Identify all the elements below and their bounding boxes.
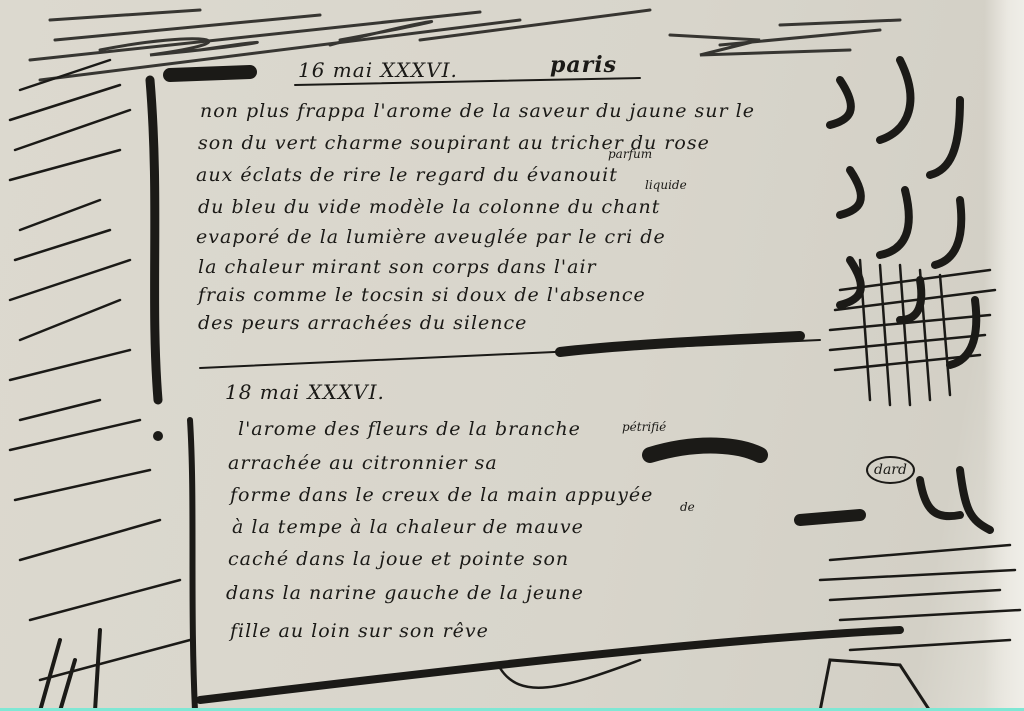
entry1-line-1: non plus frappa l'arome de la saveur du … [200,100,755,122]
entry1-line-3: aux éclats de rire le regard du évanouit [196,164,618,186]
entry1-line-4: du bleu du vide modèle la colonne du cha… [198,196,660,218]
entry1-insert-2: liquide [645,178,687,192]
entry2-line-4: à la tempe à la chaleur de mauve [232,516,584,538]
entry2-line-6: dans la narine gauche de la jeune [226,582,584,604]
entry2-line-7: fille au loin sur son rêve [230,620,489,642]
margin-note-circled: dard [866,456,915,484]
entry1-line-5: evaporé de la lumière aveuglée par le cr… [196,226,666,248]
entry2-line-1: l'arome des fleurs de la branche [238,418,581,440]
entry2-line-5: caché dans la joue et pointe son [228,548,569,570]
left-scribbles [10,60,190,680]
exclamation-mark [150,80,158,400]
entry1-line-7: frais comme le tocsin si doux de l'absen… [198,284,646,306]
entry1-place: paris [550,52,617,78]
right-crescents [830,60,990,530]
manuscript-page: 16 mai XXXVI. paris non plus frappa l'ar… [0,0,1024,711]
cross-hatching [830,260,995,405]
entry1-line-6: la chaleur mirant son corps dans l'air [198,256,597,278]
top-scribbles [30,10,900,80]
entry2-insert-1: pétrifié [622,420,666,434]
entry2-date: 18 mai XXXVI. [225,380,385,404]
entry2-line-2: arrachée au citronnier sa [228,452,498,474]
entry2-insert-2: de [680,500,695,514]
entry1-line-8: des peurs arrachées du silence [198,312,527,334]
entry2-line-3: forme dans le creux de la main appuyée [230,484,653,506]
crossed-out-blob [170,72,250,75]
entry1-date: 16 mai XXXVI. [298,58,458,82]
entry1-insert-1: parfum [608,147,652,161]
